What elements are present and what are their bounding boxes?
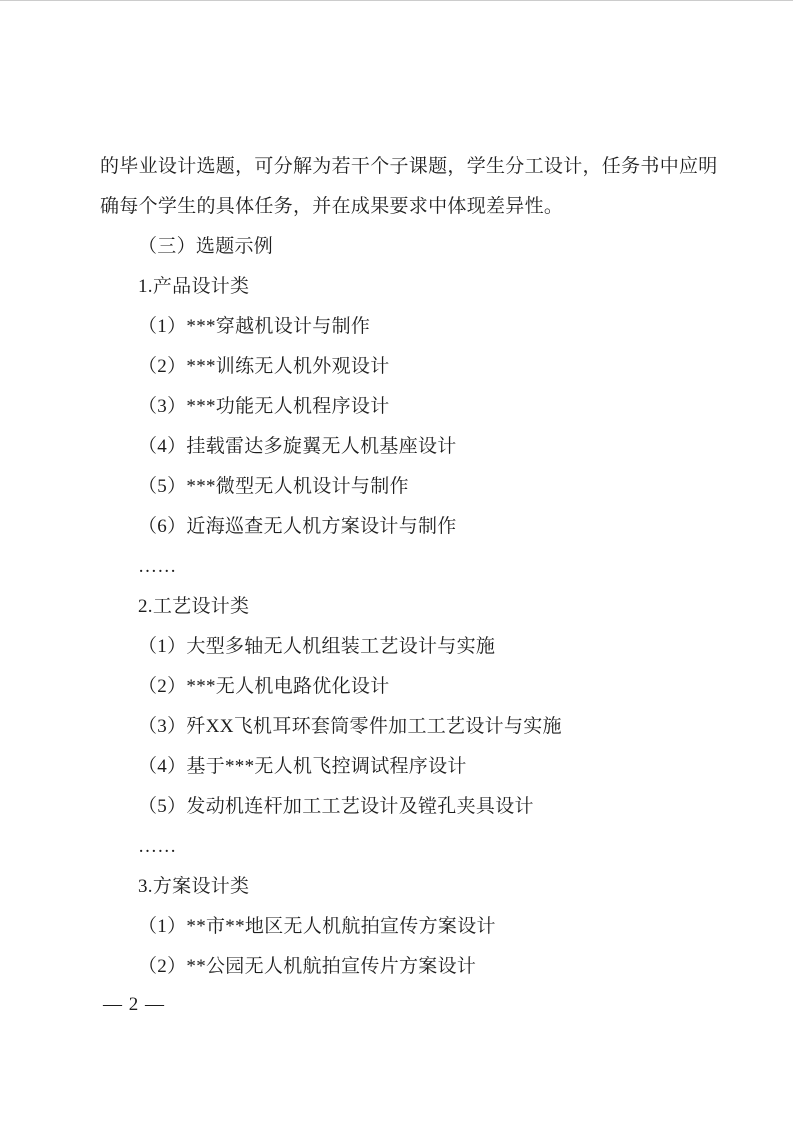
topic-item: （1）***穿越机设计与制作 <box>100 307 697 347</box>
topic-item: （6）近海巡查无人机方案设计与制作 <box>100 507 697 547</box>
topic-item: （1）**市**地区无人机航拍宣传方案设计 <box>100 907 697 947</box>
category-heading-scheme: 3.方案设计类 <box>100 867 697 907</box>
topic-item: （1）大型多轴无人机组装工艺设计与实施 <box>100 627 697 667</box>
ellipsis-line: …… <box>100 827 697 867</box>
topic-item: （2）**公园无人机航拍宣传片方案设计 <box>100 947 697 987</box>
subsection-heading-examples: （三）选题示例 <box>100 227 697 267</box>
topic-item: （2）***训练无人机外观设计 <box>100 347 697 387</box>
category-heading-product: 1.产品设计类 <box>100 267 697 307</box>
page-number: — 2 — <box>103 985 165 1025</box>
topic-item: （2）***无人机电路优化设计 <box>100 667 697 707</box>
topic-item: （4）基于***无人机飞控调试程序设计 <box>100 747 697 787</box>
document-body: 的毕业设计选题，可分解为若干个子课题，学生分工设计，任务书中应明 确每个学生的具… <box>100 147 697 987</box>
topic-item: （4）挂载雷达多旋翼无人机基座设计 <box>100 427 697 467</box>
paragraph-line: 确每个学生的具体任务，并在成果要求中体现差异性。 <box>100 187 697 227</box>
topic-item: （5）发动机连杆加工工艺设计及镗孔夹具设计 <box>100 787 697 827</box>
document-page: 的毕业设计选题，可分解为若干个子课题，学生分工设计，任务书中应明 确每个学生的具… <box>0 0 793 1122</box>
topic-item: （3）***功能无人机程序设计 <box>100 387 697 427</box>
topic-item: （3）歼XX飞机耳环套筒零件加工工艺设计与实施 <box>100 707 697 747</box>
ellipsis-line: …… <box>100 547 697 587</box>
category-heading-process: 2.工艺设计类 <box>100 587 697 627</box>
topic-item: （5）***微型无人机设计与制作 <box>100 467 697 507</box>
paragraph-line: 的毕业设计选题，可分解为若干个子课题，学生分工设计，任务书中应明 <box>100 147 697 187</box>
